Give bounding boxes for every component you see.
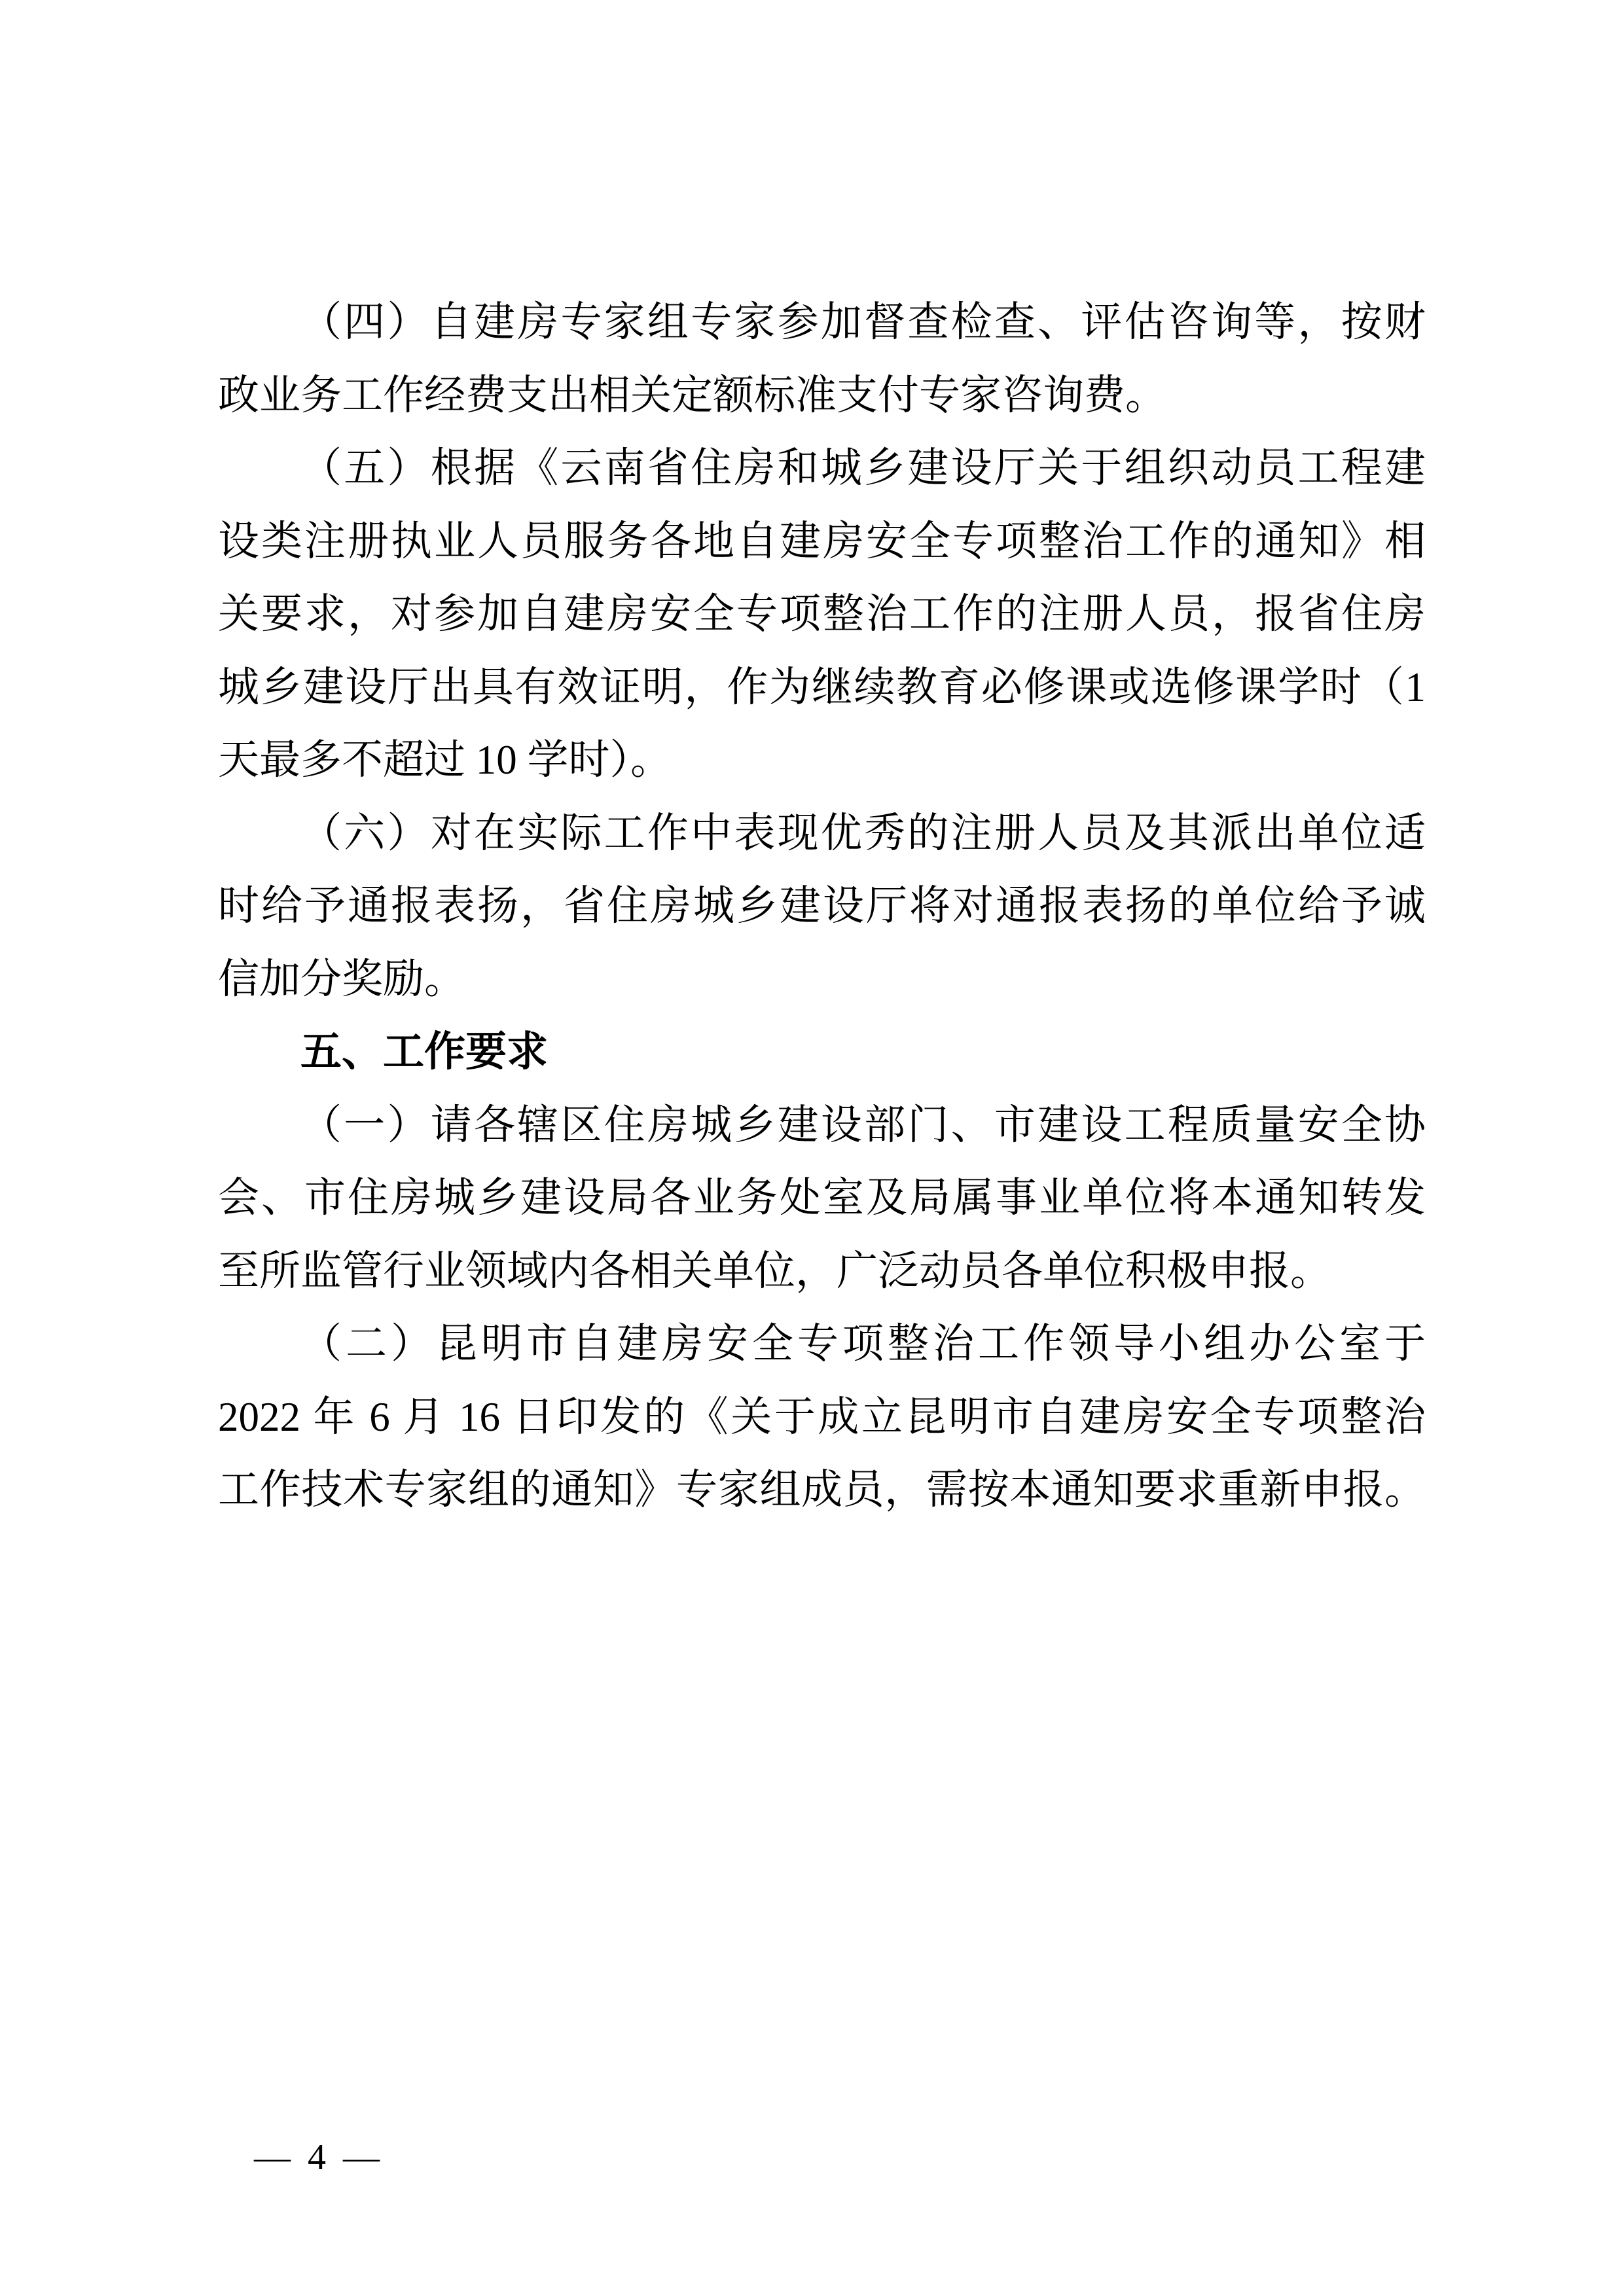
document-body: （四）自建房专家组专家参加督查检查、评估咨询等，按财 政业务工作经费支出相关定额… xyxy=(218,286,1426,1527)
paragraph-line: 城乡建设厅出具有效证明，作为继续教育必修课或选修课学时（1 xyxy=(218,651,1426,725)
paragraph-line: 政业务工作经费支出相关定额标准支付专家咨询费。 xyxy=(218,359,1426,433)
page-number: — 4 — xyxy=(254,2131,384,2183)
paragraph-line: 会、市住房城乡建设局各业务处室及局属事业单位将本通知转发 xyxy=(218,1162,1426,1235)
paragraph-line: （四）自建房专家组专家参加督查检查、评估咨询等，按财 xyxy=(218,286,1426,359)
paragraph-line: 工作技术专家组的通知》专家组成员，需按本通知要求重新申报。 xyxy=(218,1454,1426,1527)
paragraph-line: （二）昆明市自建房安全专项整治工作领导小组办公室于 xyxy=(218,1308,1426,1381)
paragraph-line: 关要求，对参加自建房安全专项整治工作的注册人员，报省住房 xyxy=(218,578,1426,651)
paragraph-line: （六）对在实际工作中表现优秀的注册人员及其派出单位适 xyxy=(218,797,1426,870)
paragraph-line: （五）根据《云南省住房和城乡建设厅关于组织动员工程建 xyxy=(218,432,1426,505)
paragraph-line: 2022 年 6 月 16 日印发的《关于成立昆明市自建房安全专项整治 xyxy=(218,1381,1426,1454)
section-heading: 五、工作要求 xyxy=(218,1016,1426,1089)
paragraph-line: 时给予通报表扬，省住房城乡建设厅将对通报表扬的单位给予诚 xyxy=(218,870,1426,943)
paragraph-line: 至所监管行业领域内各相关单位，广泛动员各单位积极申报。 xyxy=(218,1235,1426,1308)
paragraph-line: （一）请各辖区住房城乡建设部门、市建设工程质量安全协 xyxy=(218,1089,1426,1162)
paragraph-line: 设类注册执业人员服务各地自建房安全专项整治工作的通知》相 xyxy=(218,505,1426,579)
paragraph-line: 天最多不超过 10 学时）。 xyxy=(218,724,1426,797)
document-page: （四）自建房专家组专家参加督查检查、评估咨询等，按财 政业务工作经费支出相关定额… xyxy=(0,0,1624,2296)
paragraph-line: 信加分奖励。 xyxy=(218,943,1426,1016)
